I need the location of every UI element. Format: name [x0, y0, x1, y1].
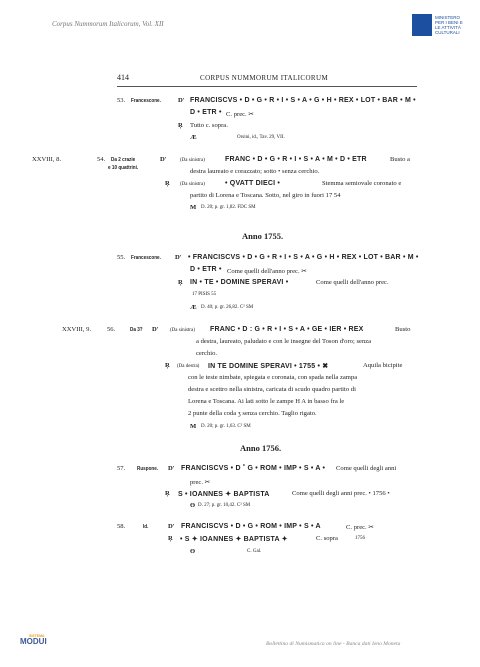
obverse-description: C. prec. ✂: [346, 523, 374, 531]
reverse-symbol: Ŗ: [165, 490, 170, 497]
obverse-legend: FRANCISCVS • D ˚ G • ROM • IMP • S • A •: [181, 465, 325, 472]
reverse-symbol: Ŗ: [178, 279, 183, 286]
entry-number: 56.: [107, 326, 115, 333]
obverse-symbol: D': [168, 523, 175, 530]
reference-note: D. 40; p. gr. 26,82. C² SM: [201, 305, 253, 310]
obverse-legend-cont: D • ETR •: [190, 266, 222, 273]
footer-credit: Bollettino di Numismatica on line - Banc…: [266, 641, 400, 647]
obverse-legend-cont: D • ETR •: [190, 109, 222, 116]
year-heading-1756: Anno 1756.: [240, 443, 281, 453]
reverse-description: C. sopra: [316, 535, 338, 542]
metal-symbol: M: [190, 204, 196, 211]
metal-symbol: Ɵ: [190, 548, 195, 555]
entry-number: 53.: [117, 97, 125, 104]
reference-note: Orsini, id., Tav. 29, VII.: [237, 135, 285, 140]
reverse-description: Come quelli degli anni prec. • 1756 •: [292, 490, 390, 497]
obverse-direction: (Da sinistra): [170, 328, 195, 333]
plate-reference: XXVIII, 9.: [62, 326, 91, 333]
obverse-symbol: D': [175, 254, 182, 261]
running-title: CORPUS NUMMORUM ITALICORUM: [200, 74, 328, 82]
obverse-description: Come quelli degli anni: [336, 465, 396, 472]
obverse-description-cont: destra laureato e corazzato; sotto • sen…: [190, 168, 319, 175]
reverse-description-cont: Lorena e Toscana. Ai lati sotto le zampe…: [188, 398, 344, 405]
denomination: Da 2 crazie: [111, 157, 135, 163]
obverse-symbol: D': [152, 326, 159, 333]
obverse-legend: FRANC • D • G • R • I • S • A • M • D • …: [225, 156, 367, 163]
obverse-description: Come quelli dell'anno prec. ✂: [227, 267, 307, 275]
obverse-symbol: D': [160, 156, 167, 163]
entry-number: 55.: [117, 254, 125, 261]
denomination: Ruspone.: [137, 466, 158, 472]
reverse-legend: • S ✦ IOANNES ✦ BAPTISTA ✦: [180, 535, 288, 543]
obverse-direction: (Da sinistra): [180, 158, 205, 163]
reverse-symbol: Ŗ: [165, 362, 170, 369]
obverse-description-cont: cerchio.: [196, 350, 217, 357]
logo-tagline: SISTEMA: [29, 634, 45, 638]
reverse-description-cont: partito di Lorena e Toscana. Sotto, nel …: [190, 192, 341, 199]
reverse-description: Stemma semiovale coronato e: [322, 180, 401, 187]
entry-number: 58.: [117, 523, 125, 530]
metal-symbol: Ɵ: [190, 502, 195, 509]
reverse-description-cont: destra e scettro nella sinistra, caricat…: [188, 386, 356, 393]
reference-note: C. Gal.: [247, 549, 261, 554]
reverse-legend: IN • TE • DOMINE SPERAVI •: [190, 279, 288, 286]
obverse-description-cont: a destra, laureato, paludato e con le in…: [196, 338, 371, 345]
page-number: 414: [117, 73, 129, 82]
obverse-legend: FRANC • D : G • R • I • S • A • GE • IER…: [210, 326, 364, 333]
ministry-emblem-icon: [412, 14, 432, 36]
obverse-description-cont: prec. ✂: [190, 478, 210, 486]
obverse-description: C. prec. ✂: [226, 110, 254, 118]
reverse-year: 1756: [355, 536, 365, 541]
obverse-legend: • FRANCISCVS • D • G • R • I • S • A • G…: [188, 254, 419, 261]
logo-line: CULTURALI: [435, 30, 463, 35]
obverse-legend: FRANCISCVS • D • G • ROM • IMP • S • A: [181, 523, 321, 530]
denomination: Francescone.: [131, 98, 161, 104]
header-rule: [117, 86, 417, 87]
denomination: Da 3?: [130, 327, 143, 333]
modui-logo: SISTEMA MODUI: [20, 637, 47, 646]
year-heading-1755: Anno 1755.: [242, 231, 283, 241]
metal-symbol: Æ: [190, 304, 197, 311]
reverse-description: Aquila bicipite: [363, 362, 402, 369]
reference-note: D. 20; p. gr. 1,82. FDC SM: [201, 205, 256, 210]
reverse-description-cont: con le teste nimbate, spiegata e coronat…: [188, 374, 357, 381]
reverse-direction: (Da destra): [177, 364, 199, 369]
entry-number: 57.: [117, 465, 125, 472]
reverse-description-cont: 2 punte della coda ʒ senza cerchio. Tagl…: [188, 410, 317, 417]
obverse-legend: FRANCISCVS • D • G • R • I • S • A • G •…: [190, 97, 416, 104]
reverse-symbol: Ŗ: [178, 122, 183, 129]
reverse-legend: IN TE DOMINE SPERAVI • 1755 • ✖: [208, 362, 328, 370]
entry-number: 54.: [97, 156, 105, 163]
reverse-description: Tutto c. sopra.: [190, 122, 228, 129]
reverse-symbol: Ŗ: [165, 180, 170, 187]
metal-symbol: Æ: [190, 134, 197, 141]
collection-title: Corpus Nummorum Italicorum, Vol. XII: [52, 20, 164, 28]
denomination: Francescone.: [131, 255, 161, 261]
logo-text: MODUI: [20, 637, 47, 646]
obverse-symbol: D': [178, 97, 185, 104]
reference-note: D. 20; p. gr. 1,63. C² SM: [201, 424, 251, 429]
denomination: Id.: [143, 524, 148, 530]
plate-reference: XXVIII, 8.: [32, 156, 61, 163]
denomination-cont: e 10 quattrini.: [108, 165, 138, 171]
reverse-legend: • QVATT DIECI •: [225, 180, 280, 187]
obverse-description: Busto a: [390, 156, 410, 163]
ministry-logo: MINISTERO PER I BENI E LE ATTIVITÀ CULTU…: [412, 14, 472, 40]
reverse-legend: S • IOANNES ✦ BAPTISTA: [178, 490, 270, 498]
reverse-symbol: Ŗ: [168, 535, 173, 542]
obverse-description: Busto: [395, 326, 410, 333]
reverse-description: Come quelli dell'anno prec.: [316, 279, 389, 286]
reference-note: D. 27; p. gr. 10,42. C² SM: [198, 503, 250, 508]
metal-symbol: M: [190, 423, 196, 430]
reverse-direction: (Da sinistra): [180, 182, 205, 187]
obverse-symbol: D': [168, 465, 175, 472]
reverse-exergue: 17 PISIS 55: [192, 292, 216, 297]
